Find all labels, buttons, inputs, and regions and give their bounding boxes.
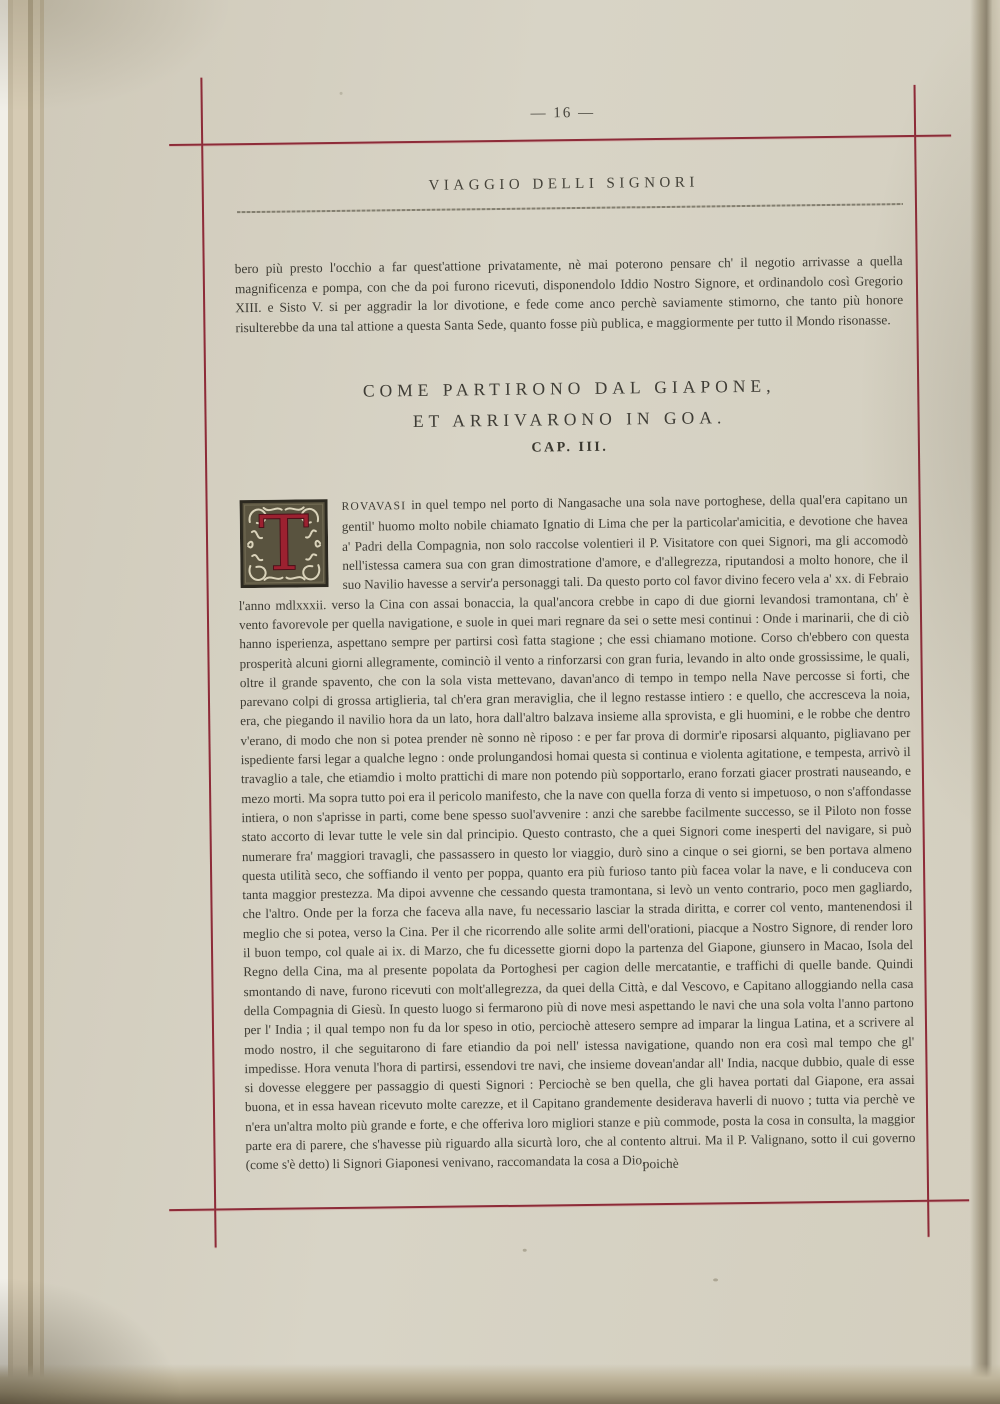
drop-cap-letter: T bbox=[258, 499, 310, 588]
paper-speck bbox=[713, 1278, 718, 1281]
frame-rule-bottom bbox=[169, 1199, 969, 1211]
scanned-book-page: — 16 — VIAGGIO DELLI SIGNORI bero più pr… bbox=[0, 0, 1000, 1404]
continuation-paragraph: bero più presto l'occhio a far quest'att… bbox=[235, 251, 904, 337]
paper-speck bbox=[523, 1249, 527, 1252]
chapter-title: COME PARTIRONO DAL GIAPONE, ET ARRIVARON… bbox=[236, 369, 903, 439]
chapter-body-paragraph: T ROVAVASIin quel tempo nel porto di Nan… bbox=[238, 489, 916, 1193]
body-text: in quel tempo nel porto di Nangasache un… bbox=[239, 491, 916, 1172]
lead-word: ROVAVASI bbox=[342, 500, 407, 513]
chapter-number-label: CAP. III. bbox=[237, 436, 903, 460]
frame-rule-top bbox=[169, 134, 951, 146]
page-number: — 16 — bbox=[463, 104, 663, 123]
page-content: — 16 — VIAGGIO DELLI SIGNORI bero più pr… bbox=[0, 0, 1000, 1404]
paper-speck bbox=[340, 92, 343, 95]
frame-rule-left bbox=[200, 78, 216, 1248]
frame-rule-right bbox=[914, 85, 930, 1237]
catchword: poichè bbox=[586, 1155, 736, 1173]
drop-cap-ornament: T bbox=[240, 499, 329, 588]
running-header-rule bbox=[237, 203, 903, 213]
running-header: VIAGGIO DELLI SIGNORI bbox=[234, 172, 894, 197]
